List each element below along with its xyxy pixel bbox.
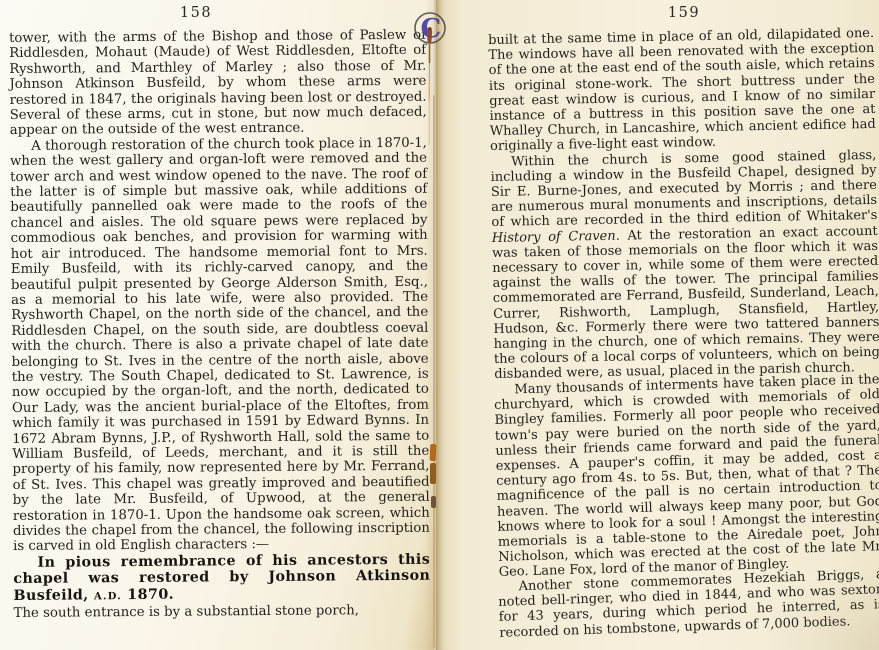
book-scan-spread: { "book": { "left_page": { "page_number"… (0, 0, 879, 650)
inscription-year: 1870. (122, 587, 174, 603)
left-page-text-column: tower, with the arms of the Bishop and t… (9, 28, 431, 622)
left-page-number: 158 (0, 5, 392, 21)
inscription-ad-abbrev: A.D. (94, 591, 122, 602)
paragraph-text: At the restoration an exact account was … (492, 224, 879, 383)
binding-crease-line (433, 95, 435, 648)
page-corner-shadow (759, 560, 879, 650)
paragraph: The south entrance is by a substantial s… (14, 603, 431, 622)
left-page: 158 tower, with the arms of the Bishop a… (0, 0, 434, 650)
right-page: 159 built at the same time in place of a… (436, 0, 879, 650)
paragraph: A thorough restoration of the church too… (10, 136, 430, 555)
paragraph: Within the church is some good stained g… (490, 148, 879, 383)
paragraph: tower, with the arms of the Bishop and t… (9, 28, 427, 139)
right-page-text-column: built at the same time in place of an ol… (488, 26, 879, 641)
right-page-number: 159 (484, 5, 879, 21)
paragraph: Many thousands of interments have taken … (493, 372, 879, 580)
paragraph: built at the same time in place of an ol… (488, 26, 876, 155)
binding-stain (431, 496, 436, 508)
inscription-text: In pious remembrance of his ancestors th… (13, 552, 430, 604)
stamp-icon: C (409, 5, 451, 155)
paragraph-text: Within the church is some good stained g… (491, 148, 878, 231)
carved-inscription: In pious remembrance of his ancestors th… (13, 552, 430, 607)
binding-stain (430, 444, 437, 461)
binding-stain (430, 463, 436, 484)
